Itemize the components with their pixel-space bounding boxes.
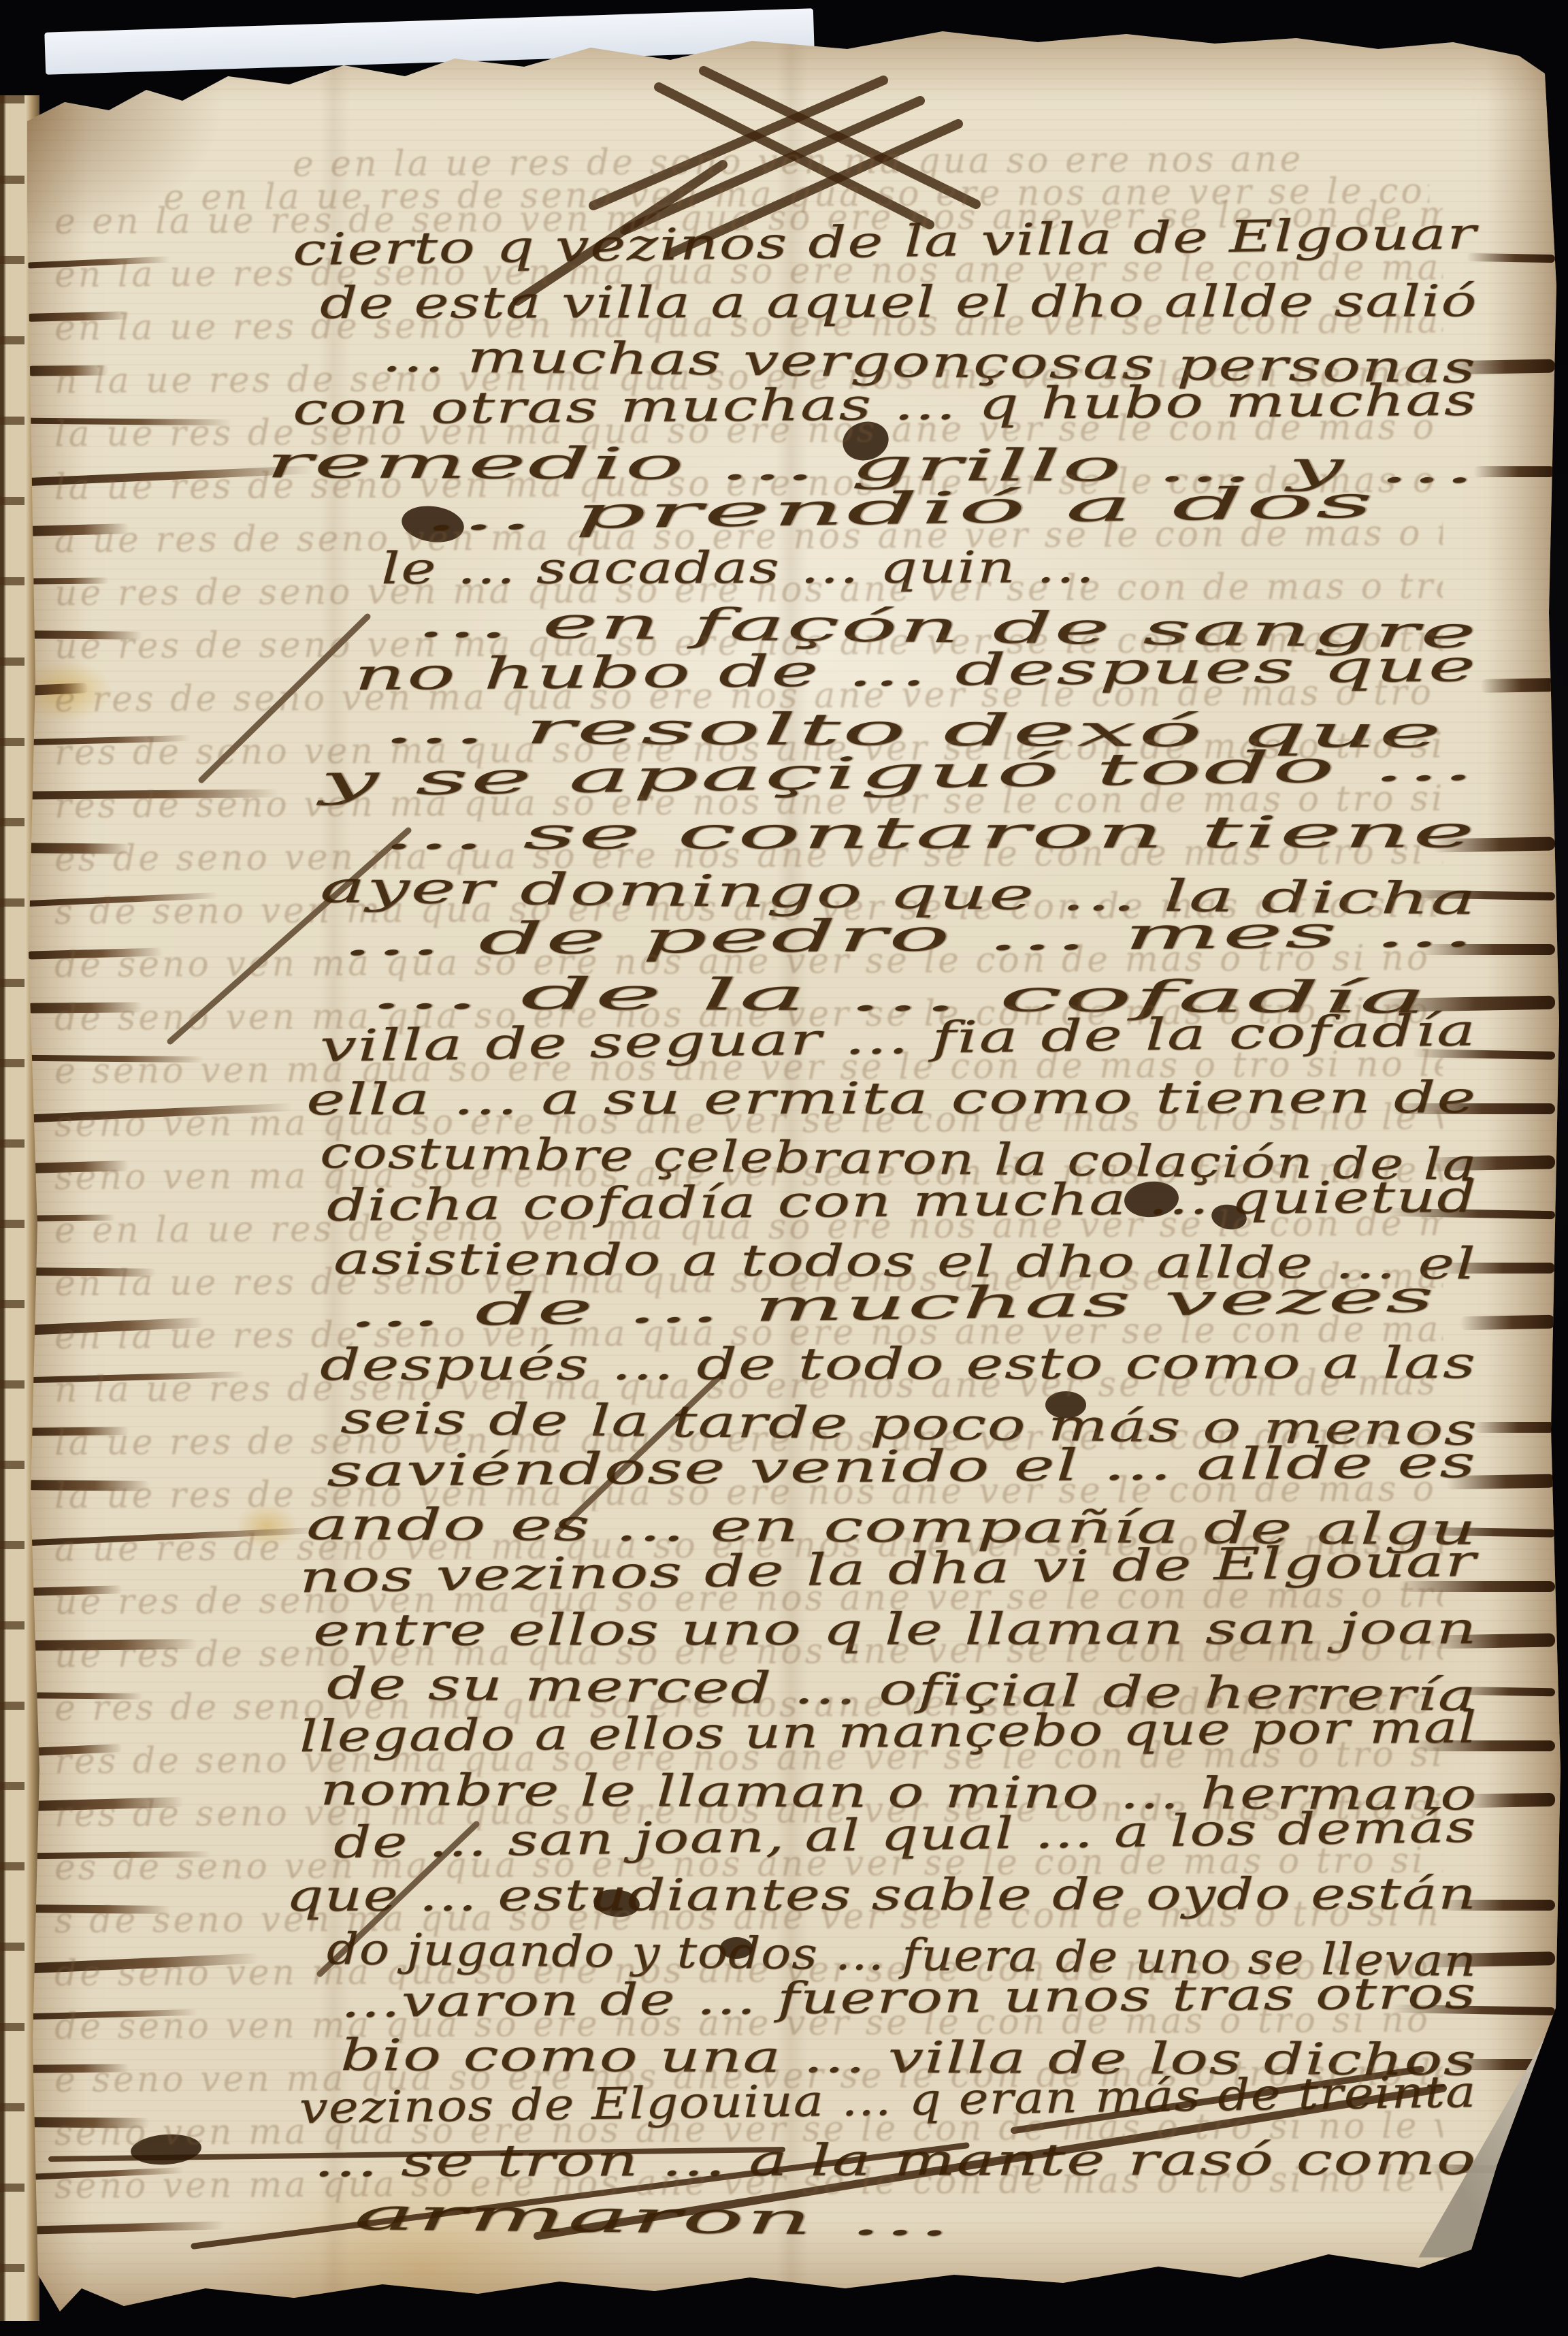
- line-end-flourish-stroke: [1467, 1793, 1555, 1808]
- handwritten-line: armaron …: [354, 2192, 953, 2244]
- line-end-flourish-stroke: [1467, 253, 1555, 263]
- manuscript-page: e en la ue res de seno ven ma qua so ere…: [0, 0, 1568, 2336]
- line-end-flourish-stroke: [1460, 1315, 1555, 1330]
- line-end-flourish-stroke: [1473, 466, 1555, 477]
- photo-backdrop: e en la ue res de seno ven ma qua so ere…: [0, 0, 1568, 2336]
- line-end-flourish-stroke: [1480, 678, 1555, 693]
- line-end-flourish-stroke: [1473, 1422, 1555, 1433]
- gutter-stitches: [0, 95, 24, 2321]
